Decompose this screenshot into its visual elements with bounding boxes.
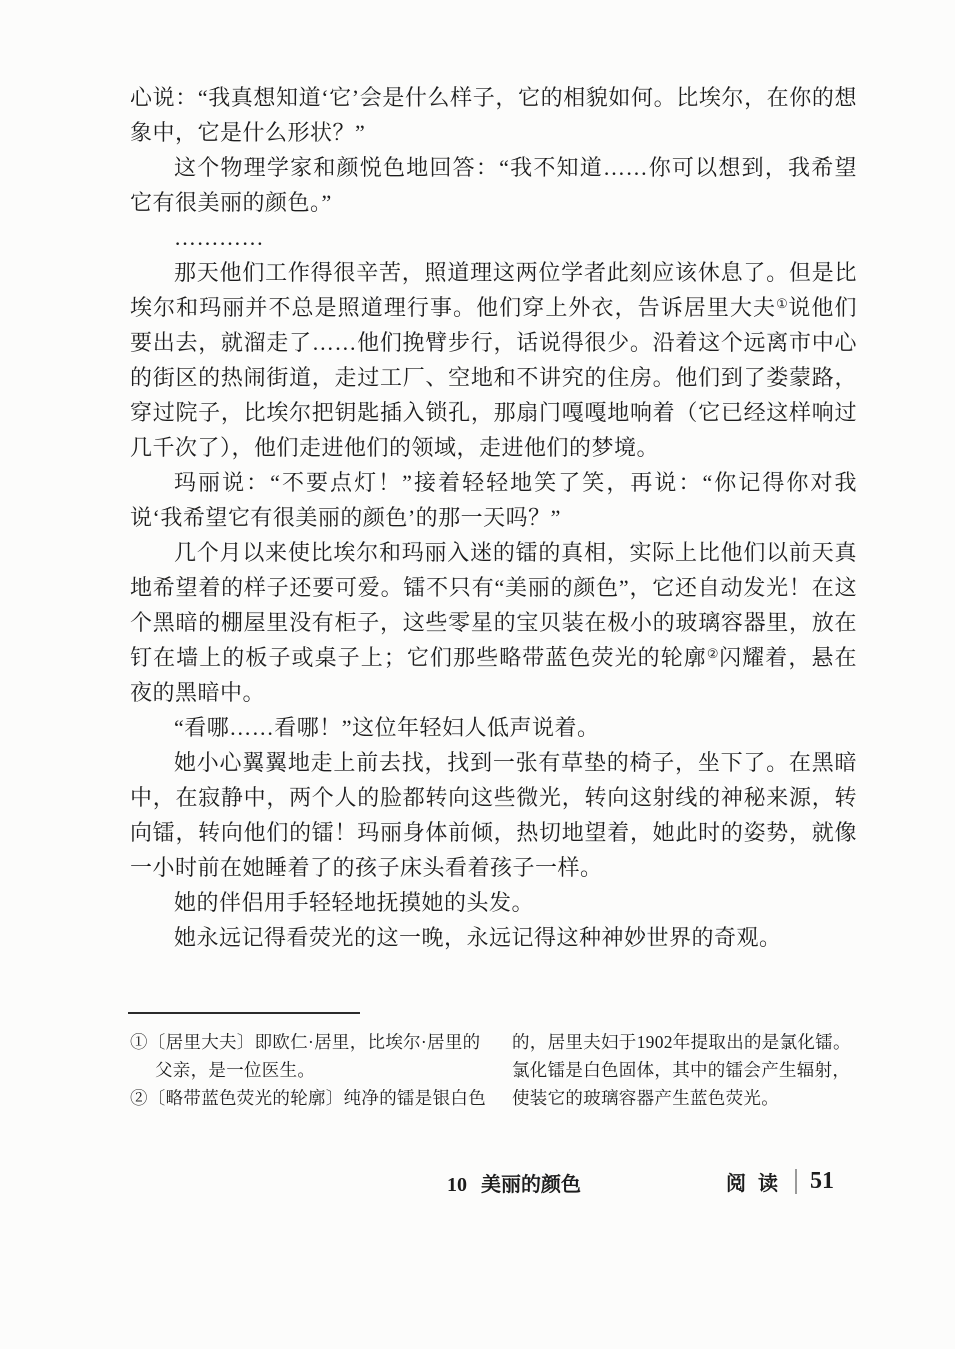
body-paragraph: 那天他们工作得很辛苦，照道理这两位学者此刻应该休息了。但是比埃尔和玛丽并不总是照… xyxy=(130,255,857,465)
page-footer: 10 美丽的颜色 阅读 51 xyxy=(0,1164,955,1198)
footnote-line: 父亲，是一位医生。 xyxy=(130,1056,470,1084)
body-paragraph: 几个月以来使比埃尔和玛丽入迷的镭的真相，实际上比他们以前天真地希望着的样子还要可… xyxy=(130,535,857,710)
paragraph-text: 她小心翼翼地走上前去找，找到一张有草垫的椅子，坐下了。在黑暗中，在寂静中，两个人… xyxy=(130,750,857,880)
body-paragraph: 心说：“我真想知道‘它’会是什么样子，它的相貌如何。比埃尔，在你的想象中，它是什… xyxy=(130,80,857,150)
body-paragraph: 她小心翼翼地走上前去找，找到一张有草垫的椅子，坐下了。在黑暗中，在寂静中，两个人… xyxy=(130,745,857,885)
footnote-line: 的，居里夫妇于1902年提取出的是氯化镭。 xyxy=(512,1028,857,1056)
footnote-marker: ① xyxy=(776,296,788,311)
paragraph-text: 她的伴侣用手轻轻地抚摸她的头发。 xyxy=(174,890,534,915)
body-paragraph: 她永远记得看荧光的这一晚，永远记得这种神妙世界的奇观。 xyxy=(130,920,857,955)
paragraph-text: 玛丽说：“不要点灯！”接着轻轻地笑了笑，再说：“你记得你对我说‘我希望它有很美丽… xyxy=(130,470,857,530)
footnote-column-left: ①〔居里大夫〕即欧仁·居里，比埃尔·居里的父亲，是一位医生。②〔略带蓝色荧光的轮… xyxy=(130,1028,470,1112)
footnote-column-right: 的，居里夫妇于1902年提取出的是氯化镭。氯化镭是白色固体，其中的镭会产生辐射，… xyxy=(512,1028,857,1112)
body-paragraph: 玛丽说：“不要点灯！”接着轻轻地笑了笑，再说：“你记得你对我说‘我希望它有很美丽… xyxy=(130,465,857,535)
paragraph-text: “看哪……看哪！”这位年轻妇人低声说着。 xyxy=(174,715,600,740)
paragraph-text: 心说：“我真想知道‘它’会是什么样子，它的相貌如何。比埃尔，在你的想象中，它是什… xyxy=(130,85,857,145)
section-label: 阅读 xyxy=(726,1167,790,1196)
body-paragraph: “看哪……看哪！”这位年轻妇人低声说着。 xyxy=(130,710,857,745)
lesson-heading: 10 美丽的颜色 xyxy=(447,1168,581,1197)
paragraph-text: 这个物理学家和颜悦色地回答：“我不知道……你可以想到，我希望它有很美丽的颜色。” xyxy=(130,155,857,215)
lesson-number: 10 xyxy=(447,1174,467,1197)
footnote-line: 氯化镭是白色固体，其中的镭会产生辐射， xyxy=(512,1056,857,1084)
paragraph-text: ………… xyxy=(174,225,264,250)
body-paragraph: ………… xyxy=(130,220,857,255)
footnote-marker: ② xyxy=(707,646,719,661)
footer-right: 阅读 51 xyxy=(726,1164,834,1198)
footnotes: ①〔居里大夫〕即欧仁·居里，比埃尔·居里的父亲，是一位医生。②〔略带蓝色荧光的轮… xyxy=(130,1028,857,1112)
body-text: 心说：“我真想知道‘它’会是什么样子，它的相貌如何。比埃尔，在你的想象中，它是什… xyxy=(130,80,857,955)
paragraph-text: 那天他们工作得很辛苦，照道理这两位学者此刻应该休息了。但是比埃尔和玛丽并不总是照… xyxy=(130,260,857,320)
footnote-divider xyxy=(128,1012,360,1014)
body-paragraph: 这个物理学家和颜悦色地回答：“我不知道……你可以想到，我希望它有很美丽的颜色。” xyxy=(130,150,857,220)
body-paragraph: 她的伴侣用手轻轻地抚摸她的头发。 xyxy=(130,885,857,920)
footnote-line: 使装它的玻璃容器产生蓝色荧光。 xyxy=(512,1084,857,1112)
lesson-title: 美丽的颜色 xyxy=(481,1168,581,1197)
footer-divider-bar xyxy=(795,1169,797,1194)
textbook-page: 心说：“我真想知道‘它’会是什么样子，它的相貌如何。比埃尔，在你的想象中，它是什… xyxy=(0,0,955,1349)
page-number: 51 xyxy=(810,1168,834,1195)
footnote-line: ②〔略带蓝色荧光的轮廓〕纯净的镭是银白色 xyxy=(130,1084,470,1112)
paragraph-text: 她永远记得看荧光的这一晚，永远记得这种神妙世界的奇观。 xyxy=(174,925,782,950)
footnote-line: ①〔居里大夫〕即欧仁·居里，比埃尔·居里的 xyxy=(130,1028,470,1056)
